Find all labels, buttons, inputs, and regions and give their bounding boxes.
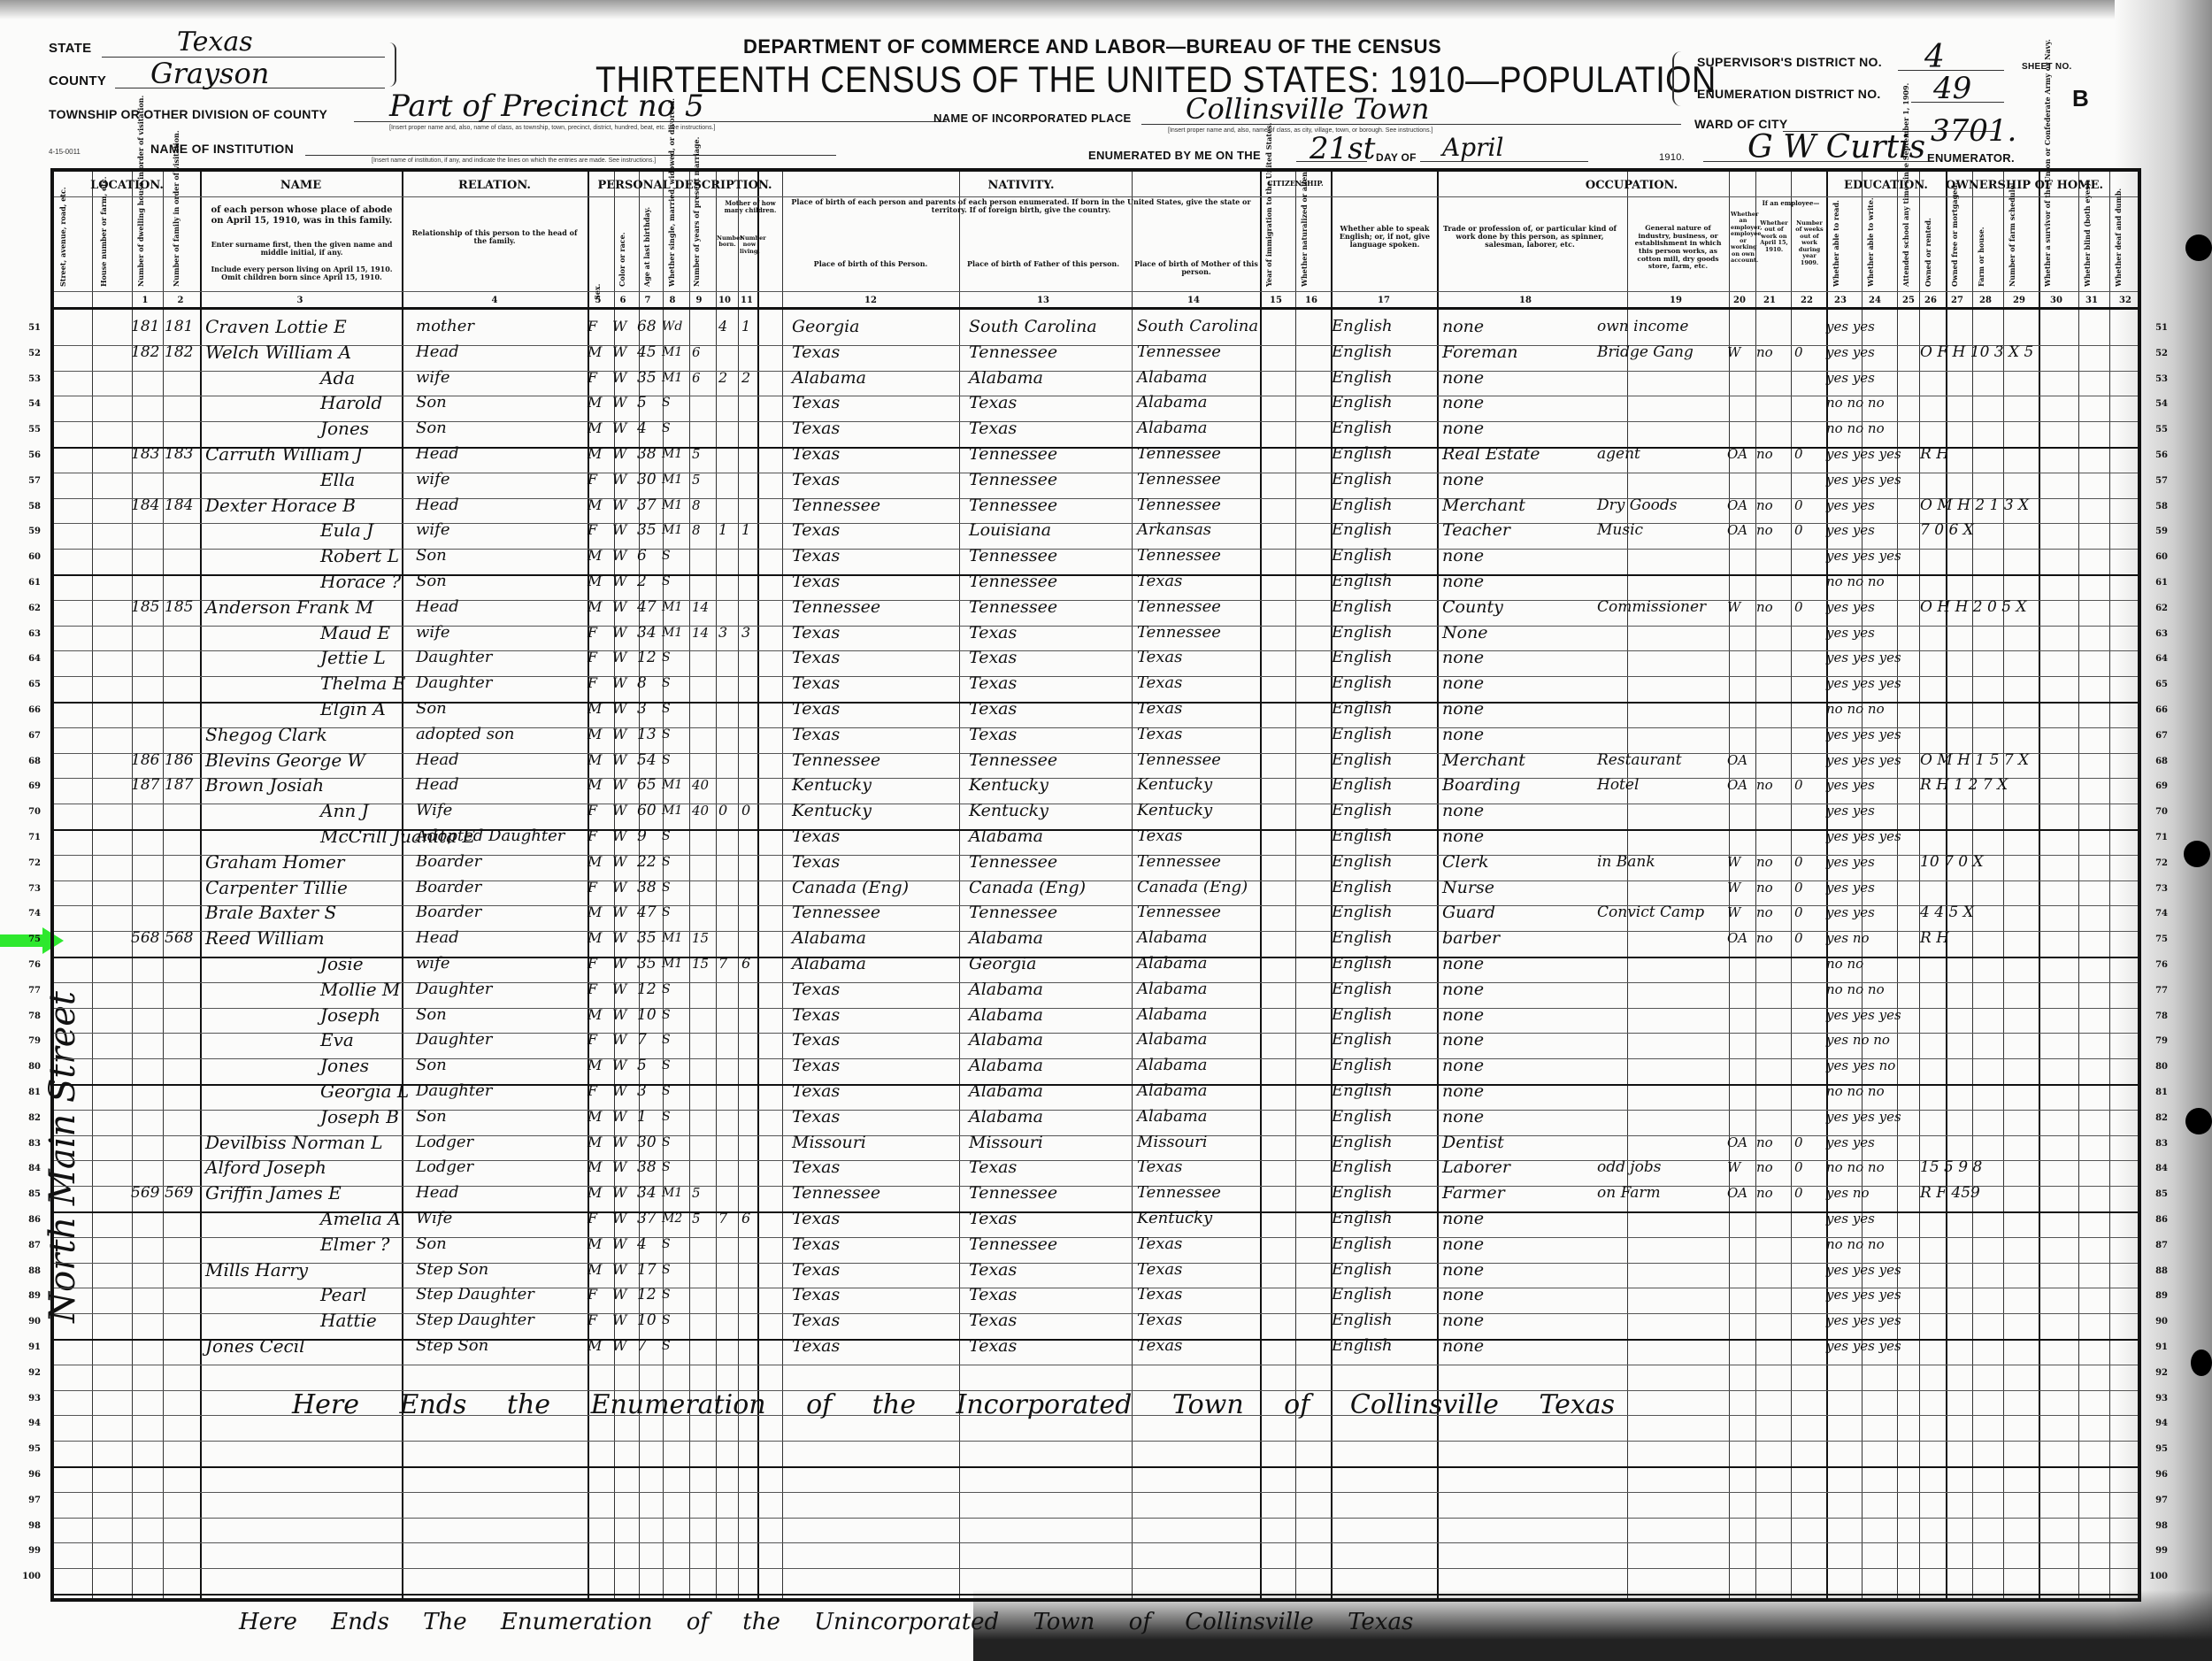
- ownership-and-veteran: R H 1 2 7 X: [1920, 773, 2008, 797]
- column-number: 12: [857, 296, 884, 305]
- line-number-left: 52: [18, 349, 41, 358]
- line-number-right: 81: [2145, 1088, 2168, 1097]
- speaks-english: English: [1332, 1104, 1393, 1129]
- column-divider: [1295, 172, 1296, 1598]
- birthplace-person: Texas: [792, 1282, 840, 1307]
- education-read-write-school: yes yes yes: [1826, 543, 1901, 568]
- age: 13: [637, 722, 657, 747]
- color: W: [612, 569, 626, 594]
- marital-status: S: [662, 1257, 671, 1282]
- sex: M: [588, 1180, 602, 1205]
- birthplace-father: Alabama: [969, 365, 1043, 390]
- trade: County: [1442, 595, 1503, 619]
- sex: F: [588, 798, 597, 823]
- age: 22: [637, 850, 657, 874]
- person-name: Robert L: [320, 543, 399, 568]
- birthplace-mother: Tennessee: [1137, 442, 1221, 466]
- birthplace-father: Alabama: [969, 1053, 1043, 1078]
- relation: Lodger: [416, 1130, 473, 1155]
- age: 4: [637, 416, 647, 441]
- person-name: Carpenter Tillie: [205, 875, 348, 900]
- age: 38: [637, 442, 657, 466]
- speaks-english: English: [1332, 696, 1393, 721]
- line-number-left: 99: [18, 1546, 41, 1556]
- relation: Head: [416, 926, 459, 950]
- speaks-english: English: [1332, 926, 1393, 950]
- speaks-english: English: [1332, 1232, 1393, 1257]
- incorporated-place-label: NAME OF INCORPORATED PLACE: [933, 112, 1132, 125]
- birthplace-person: Tennessee: [792, 1180, 880, 1205]
- column-number: 5: [585, 296, 611, 305]
- form-code: 4-15-0011: [49, 148, 81, 156]
- birthplace-father: Alabama: [969, 1027, 1043, 1052]
- speaks-english: English: [1332, 1053, 1393, 1078]
- birthplace-mother: Texas: [1137, 1282, 1182, 1307]
- column-divider: [1972, 172, 1973, 1598]
- trade: none: [1442, 1206, 1484, 1231]
- column-number: 21: [1756, 296, 1783, 305]
- person-name: Josie: [320, 951, 364, 976]
- age: 37: [637, 1206, 657, 1231]
- dwelling-number: 568: [131, 926, 159, 950]
- birthplace-person: Texas: [792, 1027, 840, 1052]
- birthplace-father: Tennessee: [969, 748, 1057, 773]
- birthplace-father: Alabama: [969, 926, 1043, 950]
- person-name: Jones: [320, 1053, 369, 1078]
- birthplace-person: Texas: [792, 722, 840, 747]
- place-note: [Insert proper name and, also, name of c…: [1168, 127, 1432, 134]
- color: W: [612, 1027, 626, 1052]
- ownership-and-veteran: O M H 1 5 7 X: [1920, 748, 2029, 773]
- family-number: 187: [165, 773, 193, 797]
- education-read-write-school: yes yes yes: [1826, 1003, 1901, 1027]
- relation: Lodger: [416, 1155, 473, 1180]
- line-number-right: 56: [2145, 450, 2168, 460]
- line-number-left: 82: [18, 1113, 41, 1123]
- sex: M: [588, 416, 602, 441]
- marital-status: M1: [662, 595, 682, 619]
- column-number: 18: [1512, 296, 1539, 305]
- birthplace-person: Texas: [792, 390, 840, 415]
- row-rule: [54, 931, 2138, 932]
- color: W: [612, 1155, 626, 1180]
- person-name: Pearl: [320, 1282, 366, 1307]
- marital-status: M1: [662, 442, 682, 466]
- line-number-right: 91: [2145, 1342, 2168, 1352]
- line-number-right: 59: [2145, 527, 2168, 536]
- line-number-right: 71: [2145, 833, 2168, 842]
- line-number-right: 63: [2145, 629, 2168, 639]
- trade: none: [1442, 1308, 1484, 1333]
- column-number: 8: [659, 296, 686, 305]
- line-number-right: 95: [2145, 1444, 2168, 1454]
- birthplace-father: Tennessee: [969, 1232, 1057, 1257]
- birthplace-mother: Tennessee: [1137, 620, 1221, 645]
- sex: M: [588, 569, 602, 594]
- birthplace-mother: Alabama: [1137, 1053, 1208, 1078]
- line-number-left: 71: [18, 833, 41, 842]
- row-rule: [54, 447, 2138, 449]
- sex: F: [588, 824, 597, 849]
- person-name: Mollie M: [320, 977, 400, 1002]
- color: W: [612, 1257, 626, 1282]
- marital-status: M1: [662, 926, 682, 950]
- ownership-and-veteran: R H: [1920, 926, 1949, 950]
- trade: none: [1442, 1282, 1484, 1307]
- relation: Head: [416, 748, 459, 773]
- sex: M: [588, 1130, 602, 1155]
- birthplace-mother: Texas: [1137, 569, 1182, 594]
- person-name: Harold: [320, 390, 382, 415]
- birthplace-father: Texas: [969, 390, 1017, 415]
- birthplace-person: Kentucky: [792, 773, 872, 797]
- brace: [1672, 51, 1681, 106]
- out-of-work: no: [1756, 875, 1773, 900]
- line-number-left: 76: [18, 960, 41, 970]
- person-name: Thelma E: [320, 671, 405, 696]
- line-number-right: 64: [2145, 654, 2168, 664]
- trade: Teacher: [1442, 518, 1510, 542]
- line-number-left: 93: [18, 1394, 41, 1403]
- color: W: [612, 365, 626, 390]
- age: 38: [637, 875, 657, 900]
- line-number-right: 80: [2145, 1062, 2168, 1072]
- line-number-left: 62: [18, 604, 41, 613]
- sex-header: Sex.: [593, 216, 602, 300]
- column-number: 20: [1726, 296, 1753, 305]
- age: 7: [637, 1334, 647, 1358]
- census-title: THIRTEENTH CENSUS OF THE UNITED STATES: …: [595, 58, 1717, 101]
- trade: Foreman: [1442, 340, 1518, 365]
- header-rule: [54, 307, 2138, 310]
- marital-status: S: [662, 977, 671, 1002]
- column-divider: [2039, 172, 2040, 1598]
- person-name: Brale Baxter S: [205, 900, 336, 925]
- trade: Merchant: [1442, 493, 1525, 518]
- color: W: [612, 493, 626, 518]
- line-number-right: 57: [2145, 476, 2168, 486]
- dwelling-header: Number of dwelling house in order of vis…: [136, 203, 145, 287]
- relation: Head: [416, 773, 459, 797]
- birthplace-mother: Tennessee: [1137, 595, 1221, 619]
- speaks-english: English: [1332, 467, 1393, 492]
- sex: F: [588, 620, 597, 645]
- person-name: Amelia A: [320, 1206, 401, 1231]
- industry: Hotel: [1597, 773, 1639, 797]
- ownership-and-veteran: 4 4 5 X: [1920, 900, 1974, 925]
- line-number-left: 86: [18, 1215, 41, 1225]
- line-number-right: 60: [2145, 552, 2168, 562]
- ownership-and-veteran: O M H 2 1 3 X: [1920, 493, 2029, 518]
- birthplace-father: Tennessee: [969, 467, 1057, 492]
- color: W: [612, 518, 626, 542]
- birthplace-father: Texas: [969, 1282, 1017, 1307]
- township-label: TOWNSHIP OR OTHER DIVISION OF COUNTY: [49, 107, 327, 121]
- age: 9: [637, 824, 647, 849]
- column-number: 19: [1663, 296, 1689, 305]
- trade: none: [1442, 390, 1484, 415]
- sex: F: [588, 1079, 597, 1103]
- line-number-left: 61: [18, 578, 41, 588]
- education-read-write-school: no no no: [1826, 1232, 1885, 1257]
- dwelling-number: 185: [131, 595, 159, 619]
- sex: F: [588, 1282, 597, 1307]
- line-number-right: 66: [2145, 705, 2168, 715]
- line-number-left: 70: [18, 807, 41, 817]
- color: W: [612, 671, 626, 696]
- column-number: 31: [2078, 296, 2105, 305]
- birthplace-father: Texas: [969, 1308, 1017, 1333]
- line-number-right: 89: [2145, 1291, 2168, 1301]
- column-divider: [2078, 172, 2079, 1598]
- industry: Convict Camp: [1597, 900, 1704, 925]
- speaks-english: English: [1332, 645, 1393, 670]
- education-read-write-school: yes yes yes: [1826, 1334, 1901, 1358]
- sex: M: [588, 1257, 602, 1282]
- line-number-left: 91: [18, 1342, 41, 1352]
- sex: M: [588, 773, 602, 797]
- birthplace-father: Kentucky: [969, 773, 1048, 797]
- relation-desc: Relationship of this person to the head …: [406, 229, 583, 245]
- birthplace-mother: Alabama: [1137, 1027, 1208, 1052]
- color: W: [612, 1308, 626, 1333]
- farm-schedule-header: Number of farm schedule.: [2008, 203, 2016, 287]
- birthplace-father: Texas: [969, 1334, 1017, 1358]
- owned-rented-header: Owned or rented.: [1924, 203, 1932, 287]
- column-divider: [1897, 172, 1898, 1598]
- row-rule: [54, 371, 2138, 372]
- education-read-write-school: no no no: [1826, 569, 1885, 594]
- line-number-left: 73: [18, 884, 41, 894]
- sex: M: [588, 748, 602, 773]
- color: W: [612, 1130, 626, 1155]
- person-name: Carruth William J: [205, 442, 363, 466]
- sex: F: [588, 645, 597, 670]
- line-number-left: 77: [18, 986, 41, 996]
- sex: M: [588, 493, 602, 518]
- color: W: [612, 467, 626, 492]
- birthplace-person: Missouri: [792, 1130, 866, 1155]
- years-married: 15: [692, 951, 709, 976]
- supervisor-district-value: 4: [1924, 39, 1945, 75]
- line-number-left: 55: [18, 425, 41, 434]
- age: 30: [637, 467, 657, 492]
- birthplace-father: Alabama: [969, 1079, 1043, 1103]
- birthplace-father: Texas: [969, 416, 1017, 441]
- line-number-right: 94: [2145, 1419, 2168, 1428]
- birthplace-person: Texas: [792, 442, 840, 466]
- column-number: 28: [1972, 296, 1999, 305]
- line-number-right: 54: [2145, 399, 2168, 409]
- marital-header: Whether single, married, widowed, or div…: [667, 203, 676, 287]
- age: 3: [637, 1079, 647, 1103]
- years-married-header: Number of years of present marriage.: [692, 203, 701, 287]
- line-number-left: 58: [18, 502, 41, 511]
- marital-status: S: [662, 543, 671, 568]
- column-number: 15: [1263, 296, 1289, 305]
- speaks-english: English: [1332, 543, 1393, 568]
- birthplace-person: Texas: [792, 1155, 840, 1180]
- column-divider: [132, 172, 133, 1598]
- name-desc-2: Enter surname first, then the given name…: [209, 241, 395, 257]
- out-of-work: no: [1756, 493, 1773, 518]
- education-read-write-school: yes yes: [1826, 340, 1875, 365]
- years-married: 14: [692, 620, 709, 645]
- line-number-left: 75: [18, 934, 41, 944]
- line-number-right: 98: [2145, 1521, 2168, 1531]
- color: W: [612, 620, 626, 645]
- years-married: 40: [692, 773, 709, 797]
- institution-underline: [305, 155, 836, 156]
- children-born: 2: [718, 365, 727, 390]
- age: 37: [637, 493, 657, 518]
- sex: F: [588, 314, 597, 339]
- employer-header: Whether an employer, employee, or workin…: [1731, 211, 1755, 265]
- trade: none: [1442, 696, 1484, 721]
- speaks-english: English: [1332, 722, 1393, 747]
- color: W: [612, 1206, 626, 1231]
- birthplace-mother: Tennessee: [1137, 1180, 1221, 1205]
- person-name: Jones: [320, 416, 369, 441]
- relation: wife: [416, 518, 449, 542]
- birthplace-father: Texas: [969, 1257, 1017, 1282]
- dwelling-number: 182: [131, 340, 159, 365]
- employer-status: OA: [1727, 518, 1747, 542]
- color: W: [612, 748, 626, 773]
- sex: M: [588, 340, 602, 365]
- line-number-left: 90: [18, 1317, 41, 1326]
- sex: M: [588, 390, 602, 415]
- children-born-header: Number born.: [717, 235, 738, 249]
- birthplace-person: Tennessee: [792, 595, 880, 619]
- marital-status: S: [662, 1334, 671, 1358]
- line-number-right: 65: [2145, 680, 2168, 689]
- birthplace-person: Tennessee: [792, 493, 880, 518]
- color: W: [612, 977, 626, 1002]
- out-of-work: no: [1756, 442, 1773, 466]
- sex: F: [588, 365, 597, 390]
- line-number-left: 60: [18, 552, 41, 562]
- age: 47: [637, 595, 657, 619]
- children-living: 6: [741, 1206, 750, 1231]
- row-rule: [54, 1594, 2138, 1596]
- birthplace-mother: Texas: [1137, 1257, 1182, 1282]
- ownership-and-veteran: 7 0 6 X: [1920, 518, 1974, 542]
- birthplace-person: Texas: [792, 518, 840, 542]
- marital-status: S: [662, 1308, 671, 1333]
- education-read-write-school: yes yes: [1826, 493, 1875, 518]
- birthplace-person: Texas: [792, 850, 840, 874]
- marital-status: S: [662, 416, 671, 441]
- enumerator-label: ENUMERATOR.: [1927, 151, 2015, 165]
- blind-header: Whether blind (both eyes).: [2083, 203, 2092, 287]
- age: 8: [637, 671, 647, 696]
- column-number: 2: [167, 296, 194, 305]
- row-rule: [54, 1492, 2138, 1493]
- age: 68: [637, 314, 657, 339]
- birthplace-person: Texas: [792, 1104, 840, 1129]
- marital-status: S: [662, 671, 671, 696]
- row-rule: [54, 498, 2138, 499]
- group-header-ownership: OWNERSHIP OF HOME.: [1946, 179, 2039, 192]
- column-number: 14: [1180, 296, 1207, 305]
- education-read-write-school: yes yes no: [1826, 1053, 1895, 1078]
- birthplace-father: Tennessee: [969, 1180, 1057, 1205]
- line-number-right: 79: [2145, 1036, 2168, 1046]
- family-number: 184: [165, 493, 193, 518]
- scan-edge-top: [0, 0, 2212, 19]
- speaks-english: English: [1332, 748, 1393, 773]
- family-number: 568: [165, 926, 193, 950]
- color: W: [612, 722, 626, 747]
- birthplace-person: Texas: [792, 1079, 840, 1103]
- enumerated-day: 21st: [1310, 131, 1375, 166]
- age-header: Age at last birthday.: [642, 203, 651, 287]
- person-name: Ann J: [320, 798, 369, 823]
- line-number-right: 76: [2145, 960, 2168, 970]
- state-value: Texas: [177, 27, 253, 58]
- education-read-write-school: yes yes: [1826, 620, 1875, 645]
- color: W: [612, 543, 626, 568]
- out-of-work: no: [1756, 1180, 1773, 1205]
- person-name: Anderson Frank M: [205, 595, 373, 619]
- birthplace-father: Texas: [969, 722, 1017, 747]
- years-married: 6: [692, 365, 701, 390]
- relation: Head: [416, 595, 459, 619]
- naturalized-header: Whether naturalized or alien.: [1300, 203, 1309, 287]
- row-rule: [54, 473, 2138, 473]
- weeks-out-header: Number of weeks out of work during year …: [1793, 220, 1826, 266]
- person-name: Jones Cecil: [205, 1334, 305, 1358]
- birthplace-father: Alabama: [969, 977, 1043, 1002]
- employer-status: OA: [1727, 926, 1747, 950]
- line-number-left: 98: [18, 1521, 41, 1531]
- birthplace-person: Texas: [792, 1308, 840, 1333]
- row-rule: [54, 1160, 2138, 1161]
- relation: Son: [416, 390, 447, 415]
- column-number: 24: [1862, 296, 1888, 305]
- column-divider: [689, 172, 690, 1598]
- industry: agent: [1597, 442, 1640, 466]
- speaks-english: English: [1332, 1003, 1393, 1027]
- in-table-closing-note: Here Ends the Enumeration of the Incorpo…: [292, 1389, 1615, 1420]
- column-divider: [1132, 172, 1133, 1598]
- education-read-write-school: yes no: [1826, 926, 1870, 950]
- birthplace-person: Texas: [792, 1232, 840, 1257]
- education-read-write-school: yes yes yes: [1826, 1282, 1901, 1307]
- age: 35: [637, 365, 657, 390]
- enumerated-label: ENUMERATED BY ME ON THE: [1088, 149, 1261, 162]
- out-of-work: no: [1756, 900, 1773, 925]
- line-number-left: 83: [18, 1139, 41, 1149]
- age: 65: [637, 773, 657, 797]
- person-name: Eula J: [320, 518, 373, 542]
- birthplace-person: Texas: [792, 467, 840, 492]
- speaks-english: English: [1332, 416, 1393, 441]
- marital-status: M1: [662, 467, 682, 492]
- trade: Laborer: [1442, 1155, 1510, 1180]
- employer-status: W: [1727, 900, 1740, 925]
- group-header-personal: PERSONAL DESCRIPTION.: [588, 179, 782, 192]
- birthplace-person: Tennessee: [792, 900, 880, 925]
- speaks-english: English: [1332, 442, 1393, 466]
- line-number-right: 85: [2145, 1189, 2168, 1199]
- column-number: 27: [1944, 296, 1970, 305]
- family-number: 569: [165, 1180, 193, 1205]
- education-read-write-school: yes yes: [1826, 773, 1875, 797]
- employer-status: OA: [1727, 442, 1747, 466]
- enumeration-district-label: ENUMERATION DISTRICT NO.: [1697, 87, 1881, 101]
